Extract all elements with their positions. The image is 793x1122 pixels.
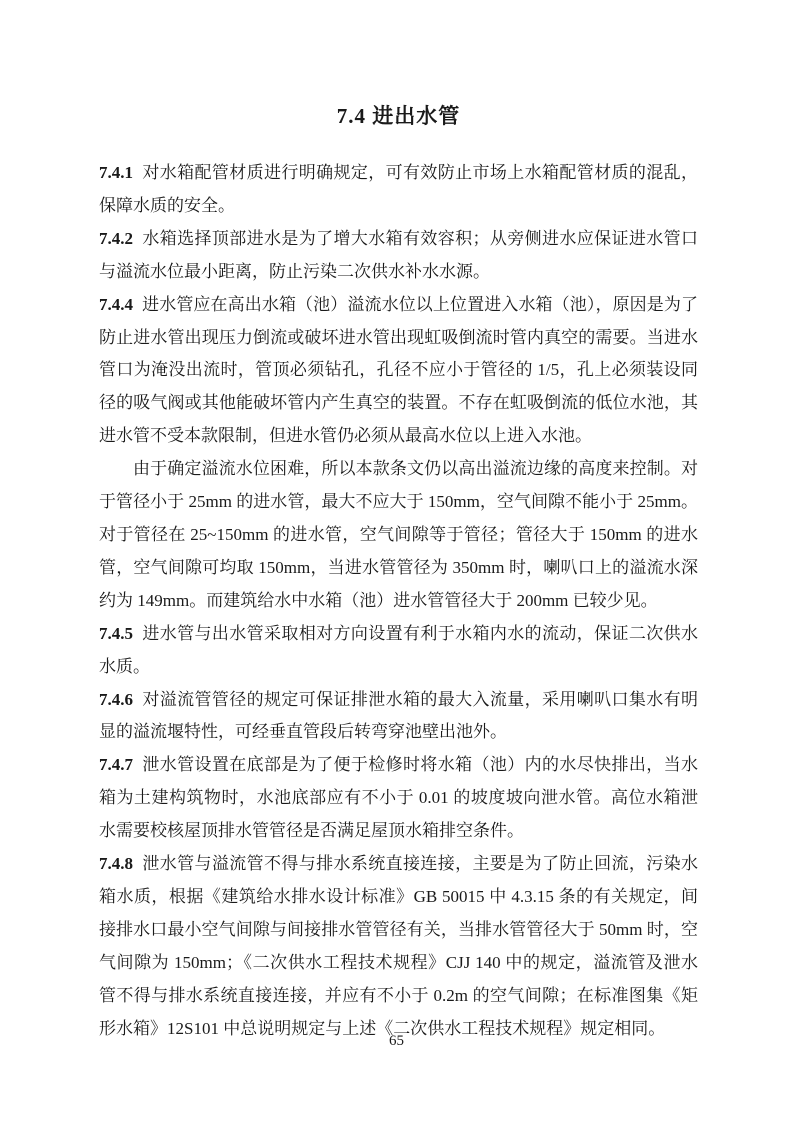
clause-text: 泄水管设置在底部是为了便于检修时将水箱（池）内的水尽快排出，当水箱为土建构筑物时… — [99, 755, 698, 840]
clause-text: 对溢流管管径的规定可保证排泄水箱的最大入流量，采用喇叭口集水有明显的溢流堰特性，… — [99, 690, 698, 742]
clause-text: 进水管应在高出水箱（池）溢流水位以上位置进入水箱（池），原因是为了防止进水管出现… — [99, 295, 698, 446]
page-title: 7.4 进出水管 — [99, 100, 698, 130]
clause-number: 7.4.6 — [99, 690, 133, 709]
clause-number: 7.4.5 — [99, 624, 133, 643]
paragraph-7-4-6: 7.4.6对溢流管管径的规定可保证排泄水箱的最大入流量，采用喇叭口集水有明显的溢… — [99, 684, 698, 750]
clause-text: 由于确定溢流水位困难，所以本款条文仍以高出溢流边缘的高度来控制。对于管径小于 2… — [99, 459, 698, 610]
clause-text: 进水管与出水管采取相对方向设置有利于水箱内水的流动，保证二次供水水质。 — [99, 624, 698, 676]
clause-text: 对水箱配管材质进行明确规定，可有效防止市场上水箱配管材质的混乱，保障水质的安全。 — [99, 163, 698, 215]
clause-number: 7.4.7 — [99, 755, 133, 774]
document-page: 7.4 进出水管 7.4.1对水箱配管材质进行明确规定，可有效防止市场上水箱配管… — [99, 0, 698, 1045]
paragraph-7-4-4: 7.4.4进水管应在高出水箱（池）溢流水位以上位置进入水箱（池），原因是为了防止… — [99, 289, 698, 454]
paragraph-7-4-8: 7.4.8泄水管与溢流管不得与排水系统直接连接，主要是为了防止回流，污染水箱水质… — [99, 848, 698, 1045]
clause-number: 7.4.8 — [99, 854, 133, 873]
paragraph-7-4-7: 7.4.7泄水管设置在底部是为了便于检修时将水箱（池）内的水尽快排出，当水箱为土… — [99, 749, 698, 848]
clause-number: 7.4.1 — [99, 163, 133, 182]
clause-text: 泄水管与溢流管不得与排水系统直接连接，主要是为了防止回流，污染水箱水质，根据《建… — [99, 854, 698, 1038]
clause-number: 7.4.2 — [99, 229, 133, 248]
clause-text: 水箱选择顶部进水是为了增大水箱有效容积；从旁侧进水应保证进水管口与溢流水位最小距… — [99, 229, 698, 281]
page-number: 65 — [0, 1033, 793, 1050]
paragraph-7-4-2: 7.4.2水箱选择顶部进水是为了增大水箱有效容积；从旁侧进水应保证进水管口与溢流… — [99, 223, 698, 289]
paragraph-continuation: 由于确定溢流水位困难，所以本款条文仍以高出溢流边缘的高度来控制。对于管径小于 2… — [99, 453, 698, 618]
clause-number: 7.4.4 — [99, 295, 133, 314]
paragraph-7-4-5: 7.4.5进水管与出水管采取相对方向设置有利于水箱内水的流动，保证二次供水水质。 — [99, 618, 698, 684]
paragraph-7-4-1: 7.4.1对水箱配管材质进行明确规定，可有效防止市场上水箱配管材质的混乱，保障水… — [99, 157, 698, 223]
